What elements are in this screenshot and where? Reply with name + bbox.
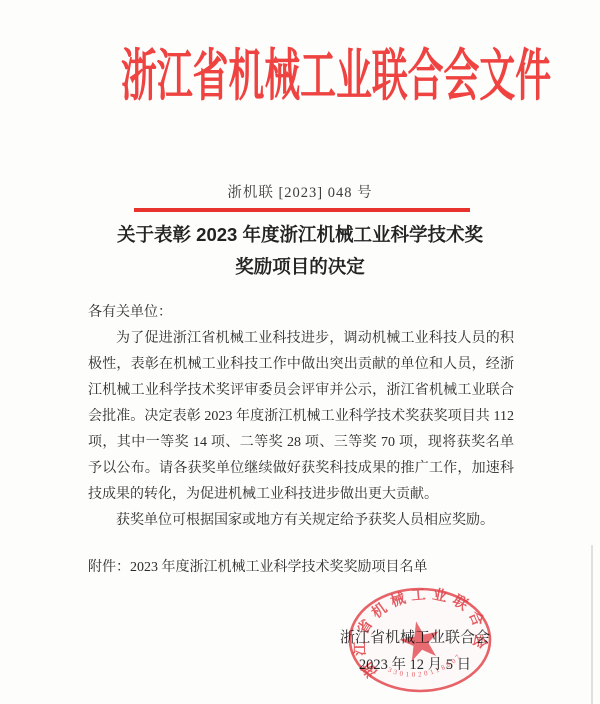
letterhead-title: 浙江省机械工业联合会文件: [121, 46, 551, 108]
body-paragraph: 获奖单位可根据国家或地方有关规定给予获奖人员相应奖励。: [88, 508, 514, 534]
salutation: 各有关单位：: [88, 300, 514, 326]
document-title: 关于表彰 2023 年度浙江机械工业科学技术奖 奖励项目的决定: [0, 219, 600, 283]
body-paragraph: 为了促进浙江省机械工业科技进步，调动机械工业科技人员的积极性，表彰在机械工业科技…: [88, 326, 514, 508]
signature-date: 2023 年 12 月 5 日: [334, 652, 496, 679]
signature-block: 浙江省机械工业联合会 2023 年 12 月 5 日: [334, 625, 496, 679]
letterhead: 浙江省机械工业联合会文件: [0, 46, 600, 108]
document-title-line2: 奖励项目的决定: [0, 251, 600, 283]
scanned-official-document: 浙江省机械工业联合会文件 浙机联 [2023] 048 号 关于表彰 2023 …: [0, 0, 600, 704]
document-body: 各有关单位： 为了促进浙江省机械工业科技进步，调动机械工业科技人员的积极性，表彰…: [88, 300, 514, 534]
document-number: 浙机联 [2023] 048 号: [0, 181, 600, 202]
scan-edge-shadow: [591, 545, 593, 704]
document-title-line1: 关于表彰 2023 年度浙江机械工业科学技术奖: [0, 219, 600, 251]
attachment-note: 附件：2023 年度浙江机械工业科学技术奖奖励项目名单: [88, 556, 528, 576]
signature-org: 浙江省机械工业联合会: [334, 625, 496, 652]
red-divider-rule: [134, 208, 470, 212]
